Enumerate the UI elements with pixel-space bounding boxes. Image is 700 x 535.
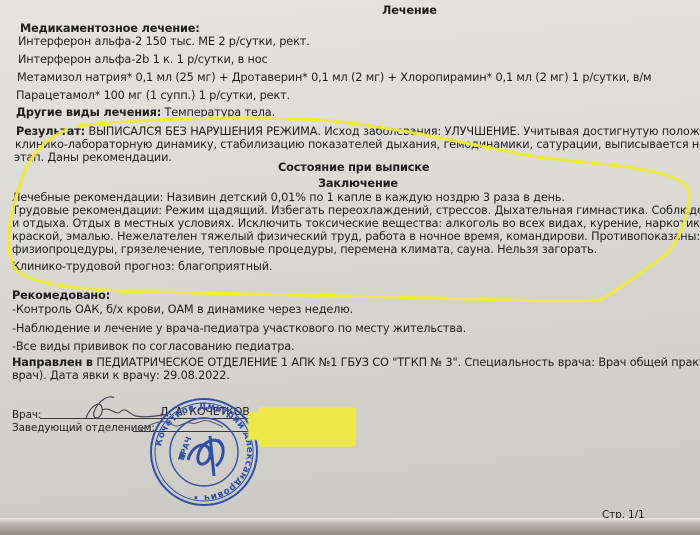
medication-line: Интерферон альфа-2 150 тыс. МЕ 2 р/сутки… xyxy=(18,35,310,49)
result-line-2: клинико-лабораторную динамику, стабилиза… xyxy=(15,138,700,152)
conclusion-line: краской, эмалью. Нежелателен тяжелый физ… xyxy=(12,230,700,244)
recommended-item: -Все виды прививок по согласованию педиа… xyxy=(12,340,294,354)
redaction-mark xyxy=(258,407,356,447)
result-text: ВЫПИСАЛСЯ БЕЗ НАРУШЕНИЯ РЕЖИМА. Исход за… xyxy=(85,125,700,138)
referral-line-2: врач). Дата явки к врачу: 29.08.2022. xyxy=(12,369,230,383)
other-treatment: Другие виды лечения: Температура тела. xyxy=(16,106,275,120)
result-label: Результат: xyxy=(16,125,85,138)
paper-edge xyxy=(0,518,700,535)
medication-line: Интерферон альфа-2b 1 к. 1 р/сутки, в но… xyxy=(18,53,268,67)
medication-line: Метамизол натрия* 0,1 мл (25 мг) + Дрота… xyxy=(17,71,651,85)
recommended-item: -Контроль ОАК, б/х крови, ОАМ в динамике… xyxy=(12,303,353,317)
recommended-item: -Наблюдение и лечение у врача-педиатра у… xyxy=(12,322,466,336)
medication-heading: Медикаментозное лечение: xyxy=(20,22,200,36)
conclusion-line: и отдыха. Отдых в местных условиях. Искл… xyxy=(12,217,700,231)
doctor-stamp: Кочетков Дмитрий Александрович • ВРАЧ xyxy=(148,396,260,508)
result-line-3: этап. Даны рекомендации. xyxy=(14,151,172,165)
medication-line: Парацетамол* 100 мг (1 супп.) 1 р/сутки,… xyxy=(16,89,290,103)
document-page: Лечение Медикаментозное лечение: Интерфе… xyxy=(0,0,700,520)
conclusion-line: физиопроцедуры, грязелечение, тепловые п… xyxy=(12,243,597,257)
conclusion-title: Заключение xyxy=(318,177,398,191)
referral-label: Направлен в xyxy=(12,356,93,369)
referral-text: ПЕДИАТРИЧЕСКОЕ ОТДЕЛЕНИЕ 1 АПК №1 ГБУЗ С… xyxy=(93,356,700,369)
prognosis: Клинико-трудовой прогноз: благоприятный. xyxy=(12,260,272,274)
section-title: Лечение xyxy=(382,4,437,18)
recommended-heading: Рекомедовано: xyxy=(12,289,110,303)
other-treatment-label: Другие виды лечения: xyxy=(16,106,161,119)
conclusion-line: Трудовые рекомендации: Режим щадящий. Из… xyxy=(12,204,700,218)
conclusion-line: Лечебные рекомендации: Називин детский 0… xyxy=(12,191,565,205)
doctor-label: Врач: xyxy=(12,408,41,422)
other-treatment-value: Температура тела. xyxy=(161,106,275,119)
referral-line-1: Направлен в ПЕДИАТРИЧЕСКОЕ ОТДЕЛЕНИЕ 1 А… xyxy=(12,356,700,370)
result-line-1: Результат: ВЫПИСАЛСЯ БЕЗ НАРУШЕНИЯ РЕЖИМ… xyxy=(16,125,700,139)
discharge-state-title: Состояние при выписке xyxy=(278,161,429,175)
